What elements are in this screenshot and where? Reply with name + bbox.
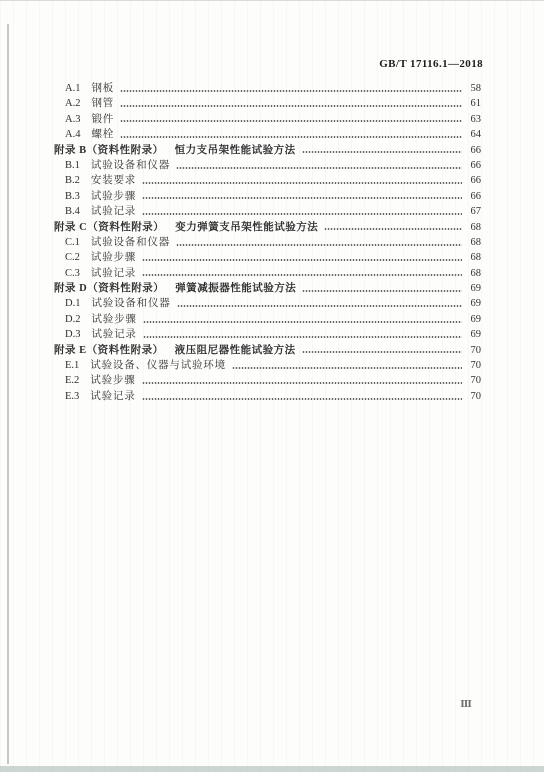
dot-leader <box>302 290 462 292</box>
toc-entry-number: A.2 <box>65 96 80 111</box>
page-left-edge-line <box>7 24 9 764</box>
toc-entry: C.1试验设备和仪器68 <box>54 235 481 250</box>
dot-leader <box>120 105 462 107</box>
toc-entry: 附录 E（资料性附录）液压阻尼器性能试验方法70 <box>54 343 481 358</box>
standard-number-header: GB/T 17116.1—2018 <box>379 58 483 70</box>
toc-entry-title: 试验步骤 <box>91 189 136 204</box>
toc-entry-page-number: 70 <box>467 373 481 388</box>
dot-leader <box>302 151 462 153</box>
dot-leader <box>142 213 462 215</box>
dot-leader <box>142 382 463 384</box>
toc-entry-number: 附录 D（资料性附录） <box>54 281 164 296</box>
toc-entry: A.1钢板58 <box>54 81 481 96</box>
toc-entry: C.3试验记录68 <box>54 266 481 281</box>
toc-entry: D.1试验设备和仪器69 <box>54 296 481 311</box>
dot-leader <box>176 167 462 169</box>
toc-entry-page-number: 70 <box>467 343 481 358</box>
toc-entry-number: B.4 <box>65 204 80 219</box>
toc-entry: B.3试验步骤66 <box>54 189 481 204</box>
footer-page-number: Ⅲ <box>458 699 474 710</box>
toc-entry-title: 试验步骤 <box>90 373 135 388</box>
toc-entry: 附录 B（资料性附录）恒力支吊架性能试验方法66 <box>54 143 481 158</box>
toc-entry: B.2安装要求66 <box>54 173 481 188</box>
scanned-document-page: GB/T 17116.1—2018 A.1钢板58A.2钢管61A.3锻件63A… <box>0 0 544 772</box>
toc-entry-page-number: 63 <box>467 112 481 127</box>
toc-entry-title: 试验设备和仪器 <box>91 158 170 173</box>
toc-entry-number: B.3 <box>65 189 80 204</box>
toc-entry-page-number: 69 <box>467 296 481 311</box>
toc-entry-page-number: 70 <box>467 389 481 404</box>
toc-entry-number: A.3 <box>65 112 80 127</box>
toc-entry-title: 钢管 <box>91 96 114 111</box>
toc-entry: E.2试验步骤70 <box>54 373 481 388</box>
toc-entry-title: 试验设备和仪器 <box>91 235 170 250</box>
dot-leader <box>142 182 462 184</box>
dot-leader <box>232 367 462 369</box>
toc-entry-title: 试验设备和仪器 <box>91 296 170 311</box>
toc-entry: B.1试验设备和仪器66 <box>54 158 481 173</box>
toc-entry-page-number: 68 <box>467 235 481 250</box>
dot-leader <box>142 274 462 276</box>
toc-entry-number: D.3 <box>65 327 80 342</box>
dot-leader <box>324 228 462 230</box>
dot-leader <box>177 305 462 307</box>
toc-entry-title: 试验设备、仪器与试验环境 <box>90 358 226 373</box>
toc-entry: C.2试验步骤68 <box>54 250 481 265</box>
toc-entry-page-number: 66 <box>467 158 481 173</box>
toc-entry-title: 锻件 <box>91 112 114 127</box>
toc-entry-page-number: 68 <box>467 250 481 265</box>
table-of-contents: A.1钢板58A.2钢管61A.3锻件63A.4螺栓64附录 B（资料性附录）恒… <box>54 81 481 404</box>
toc-entry: 附录 D（资料性附录）弹簧减振器性能试验方法69 <box>54 281 481 296</box>
toc-entry-number: C.1 <box>65 235 80 250</box>
dot-leader <box>143 321 462 323</box>
dot-leader <box>142 398 463 400</box>
toc-entry-page-number: 66 <box>467 143 481 158</box>
toc-entry-title: 变力弹簧支吊架性能试验方法 <box>175 220 318 235</box>
toc-entry-number: E.2 <box>65 373 79 388</box>
toc-entry: D.2试验步骤69 <box>54 312 481 327</box>
toc-entry-page-number: 69 <box>467 281 481 296</box>
toc-entry-title: 试验步骤 <box>91 250 136 265</box>
toc-entry-number: B.2 <box>65 173 80 188</box>
toc-entry-number: C.2 <box>65 250 80 265</box>
toc-entry-number: 附录 B（资料性附录） <box>54 143 164 158</box>
toc-entry-title: 试验记录 <box>90 389 135 404</box>
toc-entry: B.4试验记录67 <box>54 204 481 219</box>
dot-leader <box>176 244 462 246</box>
toc-entry-page-number: 69 <box>467 312 481 327</box>
toc-entry-title: 恒力支吊架性能试验方法 <box>175 143 296 158</box>
toc-entry-page-number: 64 <box>467 127 481 142</box>
toc-entry-title: 试验记录 <box>91 327 136 342</box>
toc-entry-title: 试验步骤 <box>91 312 136 327</box>
toc-entry: D.3试验记录69 <box>54 327 481 342</box>
toc-entry-page-number: 69 <box>467 327 481 342</box>
dot-leader <box>120 120 462 122</box>
toc-entry-title: 安装要求 <box>91 173 136 188</box>
toc-entry-title: 液压阻尼器性能试验方法 <box>175 343 296 358</box>
toc-entry: E.3试验记录70 <box>54 389 481 404</box>
toc-entry-number: E.1 <box>65 358 79 373</box>
toc-entry-number: A.1 <box>65 81 80 96</box>
toc-entry-page-number: 58 <box>467 81 481 96</box>
toc-entry-page-number: 61 <box>467 96 481 111</box>
toc-entry-number: A.4 <box>65 127 80 142</box>
toc-entry-title: 钢板 <box>91 81 114 96</box>
toc-entry-page-number: 70 <box>467 358 481 373</box>
dot-leader <box>120 136 462 138</box>
toc-entry-page-number: 67 <box>467 204 481 219</box>
toc-entry-title: 试验记录 <box>91 204 136 219</box>
toc-entry-number: C.3 <box>65 266 80 281</box>
toc-entry-number: D.1 <box>65 296 80 311</box>
dot-leader <box>142 259 462 261</box>
toc-entry: A.2钢管61 <box>54 96 481 111</box>
dot-leader <box>143 336 462 338</box>
toc-entry-number: D.2 <box>65 312 80 327</box>
page-top-edge-line <box>0 0 544 1</box>
toc-entry-title: 螺栓 <box>91 127 114 142</box>
toc-entry: A.3锻件63 <box>54 112 481 127</box>
dot-leader <box>120 90 462 92</box>
toc-entry-page-number: 66 <box>467 189 481 204</box>
page-bottom-edge-band <box>0 766 544 772</box>
toc-entry-number: 附录 E（资料性附录） <box>54 343 164 358</box>
toc-entry: 附录 C（资料性附录）变力弹簧支吊架性能试验方法68 <box>54 220 481 235</box>
toc-entry-page-number: 68 <box>467 266 481 281</box>
dot-leader <box>142 197 462 199</box>
toc-entry-title: 试验记录 <box>91 266 136 281</box>
toc-entry-page-number: 68 <box>467 220 481 235</box>
toc-entry-title: 弹簧减振器性能试验方法 <box>175 281 296 296</box>
toc-entry-number: E.3 <box>65 389 79 404</box>
toc-entry-page-number: 66 <box>467 173 481 188</box>
toc-entry: A.4螺栓64 <box>54 127 481 142</box>
toc-entry-number: B.1 <box>65 158 80 173</box>
dot-leader <box>302 351 462 353</box>
toc-entry: E.1试验设备、仪器与试验环境70 <box>54 358 481 373</box>
toc-entry-number: 附录 C（资料性附录） <box>54 220 164 235</box>
